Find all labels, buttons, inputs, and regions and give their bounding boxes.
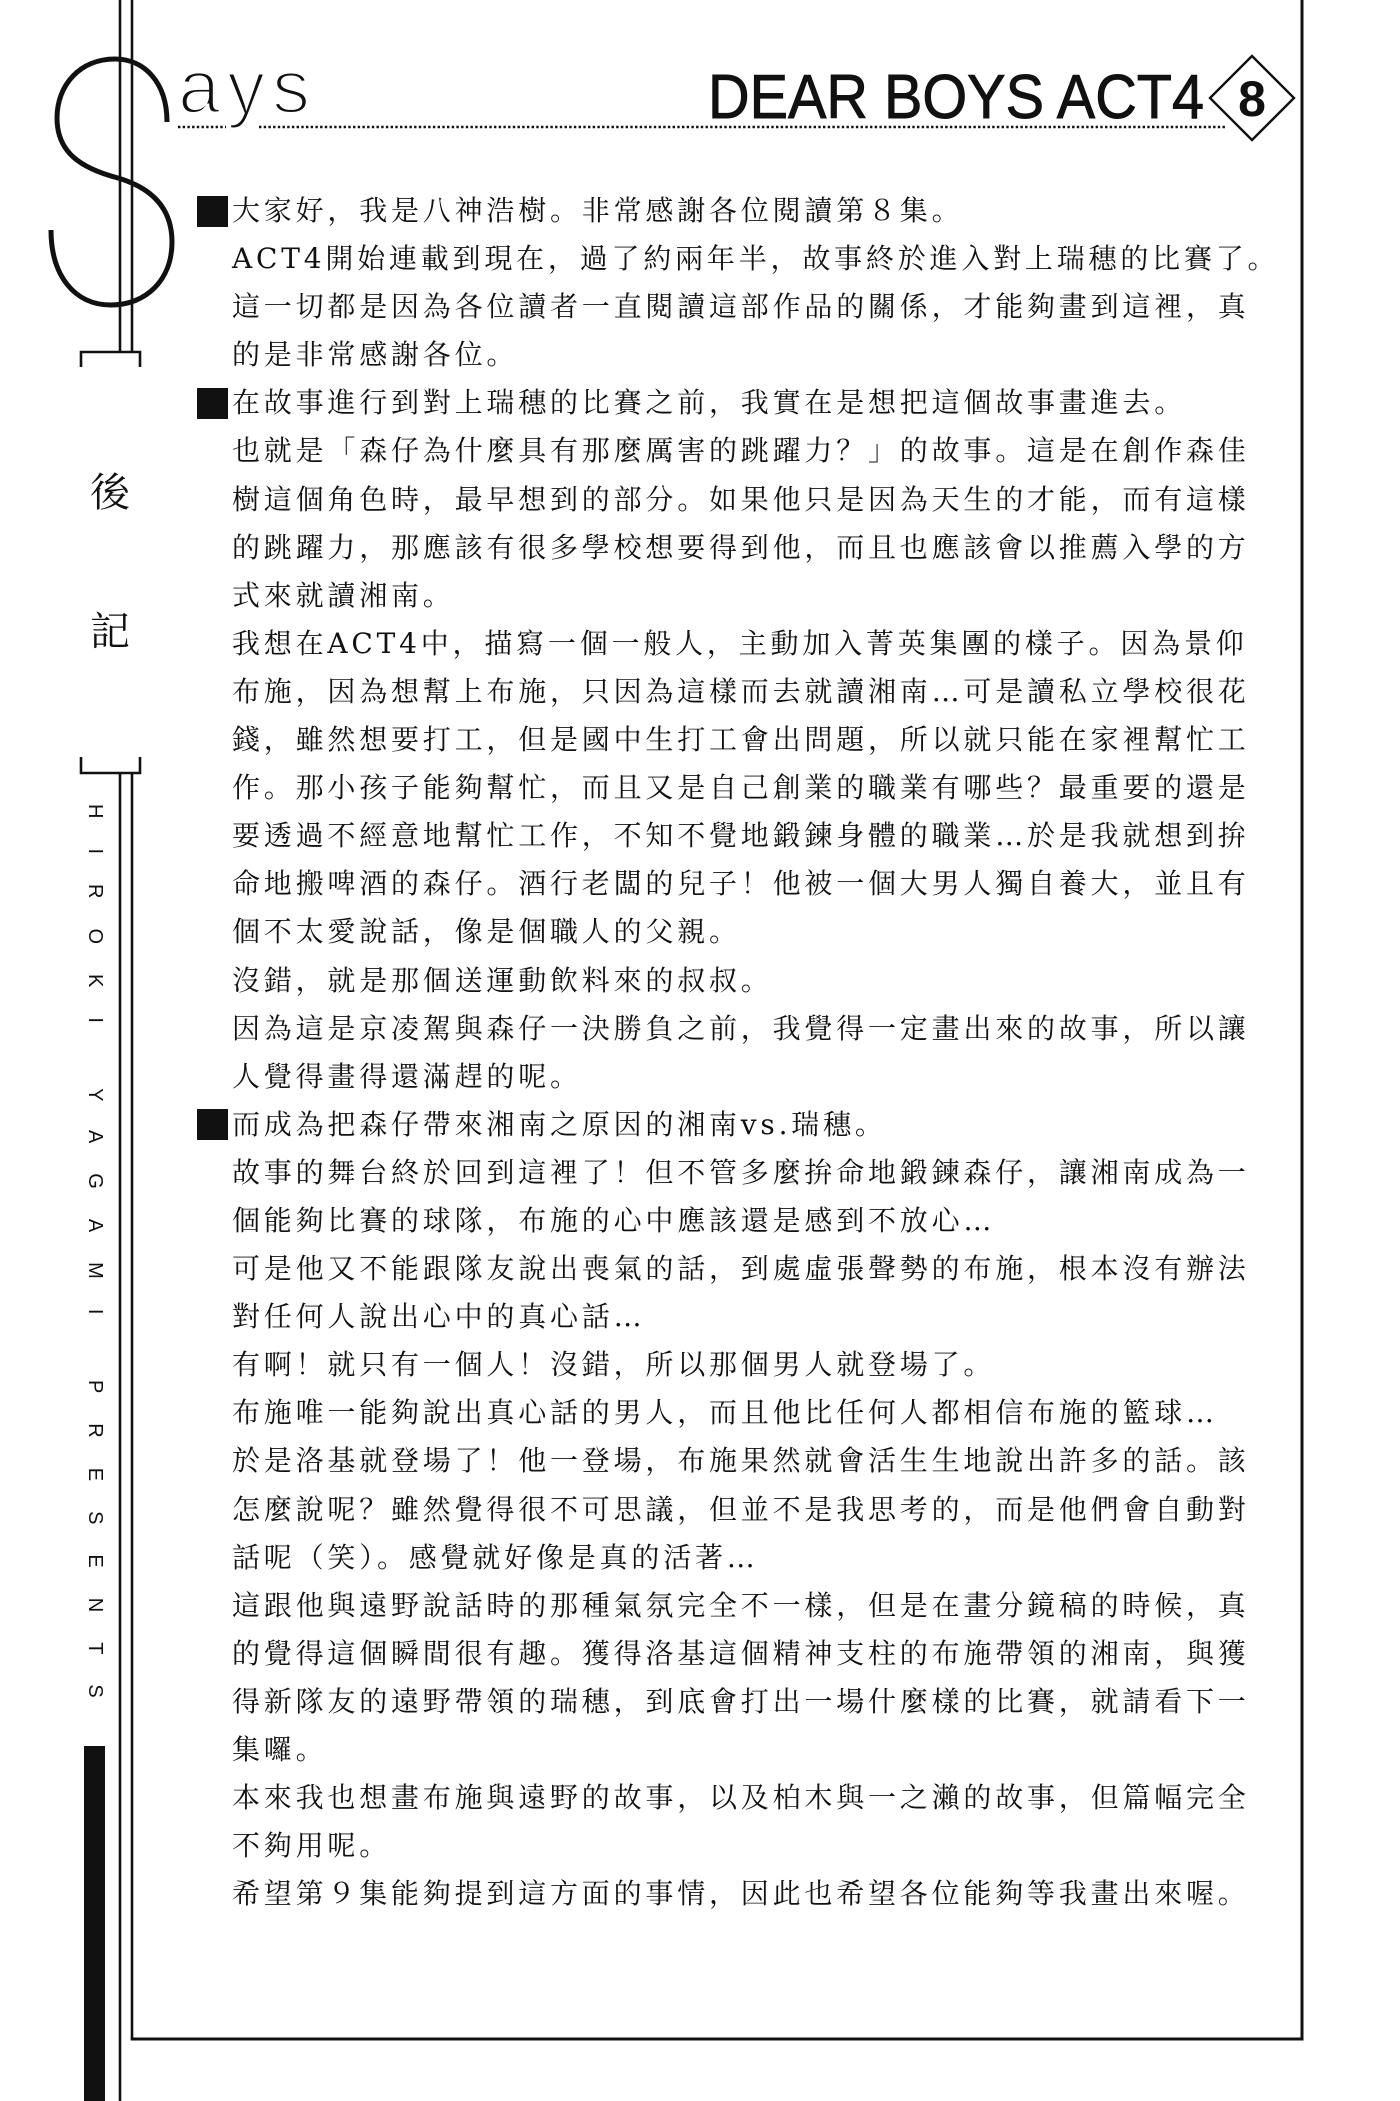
- text-line: 布施，因為想幫上布施，只因為這樣而去就讀湘南…可是讀私立學校很花: [232, 668, 1292, 716]
- top-bracket: [81, 352, 140, 367]
- sidebar-heading-char-2: 記: [89, 611, 131, 653]
- text-line: 這一切都是因為各位讀者一直閱讀這部作品的關係，才能夠畫到這裡，真: [232, 283, 1292, 331]
- text-line: 希望第９集能夠提到這方面的事情，因此也希望各位能夠等我畫出來喔。: [232, 1870, 1292, 1918]
- text-line: 不夠用呢。: [232, 1822, 1292, 1870]
- text-line: 這跟他與遠野說話時的那種氣氛完全不一樣，但是在畫分鏡稿的時候，真: [232, 1582, 1292, 1630]
- text-line: 的是非常感謝各位。: [232, 331, 1292, 379]
- line-text: 在故事進行到對上瑞穗的比賽之前，我實在是想把這個故事畫進去。: [232, 386, 1186, 419]
- title-initial-s-glyph: [51, 59, 172, 305]
- sidebar-heading-char-1: 後: [89, 472, 131, 514]
- text-line: 得新隊友的遠野帶領的瑞穗，到底會打出一場什麼樣的比賽，就請看下一: [232, 1678, 1292, 1726]
- text-line: 命地搬啤酒的森仔。酒行老闆的兒子！他被一個大男人獨自養大，並且有: [232, 860, 1292, 908]
- text-line: 的跳躍力，那應該有很多學校想要得到他，而且也應該會以推薦入學的方: [232, 524, 1292, 572]
- text-line: ACT4開始連載到現在，過了約兩年半，故事終於進入對上瑞穗的比賽了。: [232, 235, 1292, 283]
- text-line: 故事的舞台終於回到這裡了！但不管多麼拚命地鍛鍊森仔，讓湘南成為一: [232, 1149, 1292, 1197]
- text-line: 怎麼說呢？雖然覺得很不可思議，但並不是我思考的，而是他們會自動對: [232, 1486, 1292, 1534]
- series-title: DEAR BOYS ACT4: [708, 63, 1204, 132]
- text-line: 話呢（笑）。感覺就好像是真的活著…: [232, 1534, 1292, 1582]
- text-line: 在故事進行到對上瑞穗的比賽之前，我實在是想把這個故事畫進去。: [232, 379, 1292, 427]
- text-line: 也就是「森仔為什麼具有那麼厲害的跳躍力？」的故事。這是在創作森佳: [232, 427, 1292, 475]
- title-rest: ays: [178, 45, 310, 130]
- text-line: 樹這個角色時，最早想到的部分。如果他只是因為天生的才能，而有這樣: [232, 476, 1292, 524]
- text-line: 人覺得畫得還滿趕的呢。: [232, 1053, 1292, 1101]
- text-line: 要透過不經意地幫忙工作，不知不覺地鍛鍊身體的職業…於是我就想到拚: [232, 812, 1292, 860]
- text-line: 於是洛基就登場了！他一登場，布施果然就會活生生地說出許多的話。該: [232, 1437, 1292, 1485]
- sidebar-black-bar: [84, 1746, 105, 2101]
- line-text: 而成為把森仔帶來湘南之原因的湘南vs.瑞穗。: [232, 1108, 887, 1141]
- text-line: 錢，雖然想要打工，但是國中生打工會出問題，所以就只能在家裡幫忙工: [232, 716, 1292, 764]
- text-line: 個能夠比賽的球隊，布施的心中應該還是感到不放心…: [232, 1197, 1292, 1245]
- afterword-body: 大家好，我是八神浩樹。非常感謝各位閱讀第８集。 ACT4開始連載到現在，過了約兩…: [232, 187, 1292, 1918]
- text-line: 可是他又不能跟隊友說出喪氣的話，到處虛張聲勢的布施，根本沒有辦法: [232, 1245, 1292, 1293]
- text-line: 集囉。: [232, 1726, 1292, 1774]
- text-line: 有啊！就只有一個人！沒錯，所以那個男人就登場了。: [232, 1341, 1292, 1389]
- text-line: 因為這是京凌駕與森仔一決勝負之前，我覺得一定畫出來的故事，所以讓: [232, 1005, 1292, 1053]
- square-bullet-icon: [197, 196, 228, 227]
- bottom-bracket: [81, 757, 140, 773]
- line-text: 大家好，我是八神浩樹。非常感謝各位閱讀第８集。: [232, 194, 963, 227]
- text-line: 沒錯，就是那個送運動飲料來的叔叔。: [232, 957, 1292, 1005]
- text-line: 而成為把森仔帶來湘南之原因的湘南vs.瑞穗。: [232, 1101, 1292, 1149]
- afterword-page: ays DEAR BOYS ACT4 8 後 記 HIROKI YAGAMI P…: [0, 0, 1400, 2101]
- author-credit: HIROKI YAGAMI PRESENTS: [85, 804, 105, 1728]
- square-bullet-icon: [197, 1109, 228, 1140]
- text-line: 對任何人說出心中的真心話…: [232, 1293, 1292, 1341]
- text-line: 本來我也想畫布施與遠野的故事，以及柏木與一之瀨的故事，但篇幅完全: [232, 1774, 1292, 1822]
- text-line: 大家好，我是八神浩樹。非常感謝各位閱讀第８集。: [232, 187, 1292, 235]
- volume-number: 8: [1238, 71, 1266, 127]
- text-line: 布施唯一能夠說出真心話的男人，而且他比任何人都相信布施的籃球…: [232, 1389, 1292, 1437]
- section-1: 大家好，我是八神浩樹。非常感謝各位閱讀第８集。 ACT4開始連載到現在，過了約兩…: [232, 187, 1292, 379]
- square-bullet-icon: [197, 388, 228, 419]
- text-line: 個不太愛說話，像是個職人的父親。: [232, 908, 1292, 956]
- section-3: 而成為把森仔帶來湘南之原因的湘南vs.瑞穗。 故事的舞台終於回到這裡了！但不管多…: [232, 1101, 1292, 1919]
- text-line: 式來就讀湘南。: [232, 572, 1292, 620]
- section-2: 在故事進行到對上瑞穗的比賽之前，我實在是想把這個故事畫進去。 也就是「森仔為什麼…: [232, 379, 1292, 1100]
- text-line: 的覺得這個瞬間很有趣。獲得洛基這個精神支柱的布施帶領的湘南，與獲: [232, 1630, 1292, 1678]
- text-line: 作。那小孩子能夠幫忙，而且又是自己創業的職業有哪些？最重要的還是: [232, 764, 1292, 812]
- text-line: 我想在ACT4中，描寫一個一般人，主動加入菁英集團的樣子。因為景仰: [232, 620, 1292, 668]
